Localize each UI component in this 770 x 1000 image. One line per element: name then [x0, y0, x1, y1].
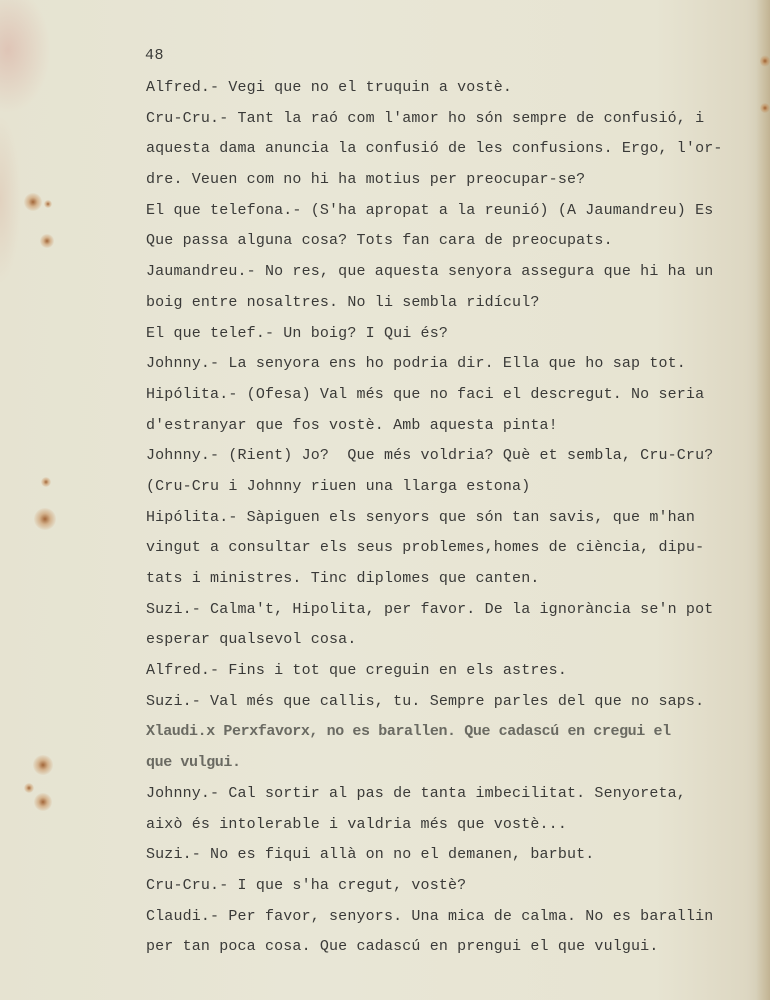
text-line: (Cru-Cru i Johnny riuen una llarga eston…	[146, 476, 736, 507]
text-line: boig entre nosaltres. No li sembla ridíc…	[146, 292, 736, 323]
text-line: Johnny.- La senyora ens ho podria dir. E…	[146, 353, 736, 384]
stain-spot	[34, 793, 52, 811]
text-line-with-handwritten-correction: Suzi.- Calma't, Hipolita, per favor. De …	[146, 599, 736, 630]
text-line: Jaumandreu.- No res, que aquesta senyora…	[146, 261, 736, 292]
text-line: dre. Veuen com no hi ha motius per preoc…	[146, 169, 736, 200]
text-line: vingut a consultar els seus problemes,ho…	[146, 537, 736, 568]
text-line: El que telefona.- (S'ha apropat a la reu…	[146, 200, 736, 231]
text-line: Hipólita.- (Ofesa) Val més que no faci e…	[146, 384, 736, 415]
text-line: Johnny.- Cal sortir al pas de tanta imbe…	[146, 783, 736, 814]
text-line: Suzi.- No es fiqui allà on no el demanen…	[146, 844, 736, 875]
text-line: Suzi.- Val més que callis, tu. Sempre pa…	[146, 691, 736, 722]
struck-through-line: que vulgui.	[146, 752, 736, 783]
page-number: 48	[145, 47, 164, 64]
text-line: tats i ministres. Tinc diplomes que cant…	[146, 568, 736, 599]
stain-spot	[34, 508, 56, 530]
text-line: esperar qualsevol cosa.	[146, 629, 736, 660]
text-line: aquesta dama anuncia la confusió de les …	[146, 138, 736, 169]
text-line: Alfred.- Vegi que no el truquin a vostè.	[146, 77, 736, 108]
text-line: Cru-Cru.- Tant la raó com l'amor ho són …	[146, 108, 736, 139]
text-line: Johnny.- (Rient) Jo? Que més voldria? Qu…	[146, 445, 736, 476]
stain-spot	[24, 193, 42, 211]
stain-spot	[40, 234, 54, 248]
stain-spot	[33, 755, 53, 775]
dialogue-text: Alfred.- Vegi que no el truquin a vostè.…	[146, 77, 736, 967]
text-line: Alfred.- Fins i tot que creguin en els a…	[146, 660, 736, 691]
text-line: Cru-Cru.- I que s'ha cregut, vostè?	[146, 875, 736, 906]
paper-edge-shadow	[756, 0, 770, 1000]
text-line: El que telef.- Un boig? I Qui és?	[146, 323, 736, 354]
typewritten-page: 48 Alfred.- Vegi que no el truquin a vos…	[0, 0, 770, 1000]
text-line: d'estranyar que fos vostè. Amb aquesta p…	[146, 415, 736, 446]
stain-spot	[24, 783, 34, 793]
text-line: Que passa alguna cosa? Tots fan cara de …	[146, 230, 736, 261]
struck-through-line: Xlaudi.x Perxfavorx, no es barallen. Que…	[146, 721, 736, 752]
stain-spot	[41, 477, 51, 487]
stain-spot	[760, 55, 770, 67]
stain-spot	[44, 200, 52, 208]
text-line: això és intolerable i valdria més que vo…	[146, 814, 736, 845]
text-line: Hipólita.- Sàpiguen els senyors que són …	[146, 507, 736, 538]
stain-spot	[760, 103, 770, 113]
text-line: Claudi.- Per favor, senyors. Una mica de…	[146, 906, 736, 937]
text-line: per tan poca cosa. Que cadascú en prengu…	[146, 936, 736, 967]
